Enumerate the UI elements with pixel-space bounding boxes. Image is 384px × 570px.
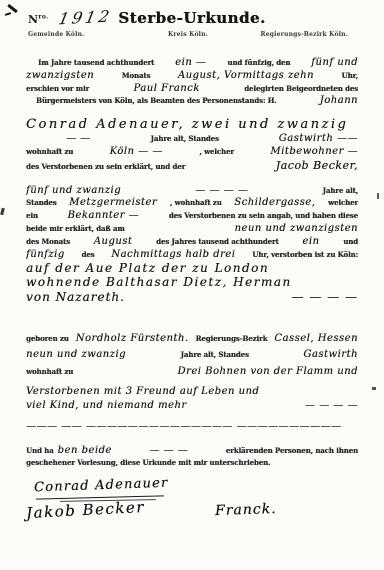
- printed-form-text: des: [81, 250, 94, 259]
- handwritten-entry: — —: [66, 133, 91, 144]
- text-line: erschien vor mirPaul Franckdelegirten Be…: [26, 83, 358, 94]
- handwritten-entry: fünfzig: [26, 249, 65, 260]
- handwritten-entry: Paul Franck: [133, 83, 199, 94]
- page-title: Sterbe-Urkunde.: [0, 9, 384, 27]
- handwritten-entry: Nachmittags halb drei: [111, 249, 235, 260]
- region-row: Gemeinde Köln. Kreis Köln. Regierungs-Be…: [0, 31, 384, 41]
- printed-form-text: Im Jahre tausend achthundert: [38, 58, 154, 67]
- text-line: StandesMetzgermeister, wohnhaft zuSchild…: [26, 197, 358, 208]
- text-line: von Nazareth.— — — —: [26, 290, 358, 304]
- scan-artifact: [0, 208, 5, 216]
- bezirk-label: Regierungs-Bezirk Köln.: [261, 31, 348, 38]
- handwritten-entry: Gastwirth ——: [279, 133, 358, 144]
- text-line: des Verstorbenen zu sein erklärt, und de…: [26, 159, 358, 172]
- gemeinde-label: Gemeinde Köln.: [28, 31, 84, 38]
- text-line: wohnhaft zuDrei Bohnen von der Flamm und: [26, 366, 358, 377]
- handwritten-entry: — — — —: [305, 400, 358, 411]
- text-line: Bürgermeisters von Köln, als Beamten des…: [26, 95, 358, 106]
- death-certificate-page: Nro. 1912 Sterbe-Urkunde. Gemeinde Köln.…: [0, 0, 384, 570]
- scan-artifact: [372, 387, 376, 390]
- text-line: — —Jahre alt, StandesGastwirth ——: [26, 133, 358, 144]
- handwritten-entry: Jacob Becker,: [276, 159, 358, 172]
- handwritten-entry: Verstorbenen mit 3 Freund auf Leben und: [26, 386, 259, 397]
- printed-form-text: ein: [26, 211, 38, 220]
- printed-form-text: welcher: [328, 198, 358, 207]
- printed-form-text: wohnhaft zu: [26, 367, 73, 376]
- printed-form-text: und: [343, 237, 358, 246]
- handwritten-entry: fünf und: [311, 57, 358, 68]
- printed-form-text: , welcher: [199, 147, 234, 156]
- handwritten-entry: Johann: [320, 95, 358, 106]
- text-line: wohnende Balthasar Dietz, Herman: [26, 275, 358, 289]
- printed-form-text: Und ha: [26, 446, 54, 455]
- handwritten-entry: Gastwirth: [303, 349, 358, 360]
- printed-form-text: erschien vor mir: [26, 84, 89, 93]
- kreis-label: Kreis Köln.: [168, 31, 208, 38]
- printed-form-text: und fünfzig, den: [227, 58, 290, 67]
- printed-form-text: Bürgermeisters von Köln, als Beamten des…: [36, 96, 277, 105]
- printed-form-text: wohnhaft zu: [26, 147, 73, 156]
- handwritten-entry: wohnende Balthasar Dietz, Herman: [26, 275, 292, 289]
- handwritten-entry: Schildergasse,: [234, 197, 315, 208]
- printed-form-text: des Monats: [26, 237, 70, 246]
- text-line: fünfzigdesNachmittags halb dreiUhr, vers…: [26, 249, 358, 260]
- handwritten-entry: von Nazareth.: [26, 290, 125, 304]
- handwritten-entry: viel Kind, und niemand mehr: [26, 400, 187, 411]
- text-line: fünf und zwanzig— — — —Jahre alt,: [26, 185, 358, 196]
- printed-form-text: delegirten Beigeordneten des: [244, 84, 358, 93]
- handwritten-entry: zwanzigsten: [26, 70, 94, 81]
- printed-form-text: Standes: [26, 198, 57, 207]
- handwritten-entry: Köln — —: [110, 146, 163, 157]
- text-line: geschehener Vorlesung, diese Urkunde mit…: [26, 458, 358, 467]
- printed-form-text: erklärenden Personen, nach ihnen: [226, 446, 358, 455]
- handwritten-entry: — — — —: [292, 290, 358, 304]
- text-line: Und haben beide— — —erklärenden Personen…: [26, 445, 358, 456]
- handwritten-entry: Metzgermeister: [69, 197, 157, 208]
- signature-conrad-adenauer: Conrad Adenauer: [34, 476, 169, 496]
- handwritten-entry: auf der Aue Platz der zu London: [26, 261, 269, 275]
- handwritten-entry: August, Vormittags zehn: [178, 70, 314, 81]
- handwritten-entry: August: [94, 236, 133, 247]
- text-line: zwanzigstenMonatsAugust, Vormittags zehn…: [26, 70, 358, 81]
- printed-form-text: Uhr,: [342, 71, 358, 80]
- printed-form-text: , wohnhaft zu: [170, 198, 222, 207]
- handwritten-entry: Bekannter —: [68, 210, 140, 221]
- scan-artifact: [377, 193, 379, 199]
- text-line: Im Jahre tausend achthundertein —und fün…: [26, 57, 358, 68]
- printed-form-text: geschehener Vorlesung, diese Urkunde mit…: [26, 458, 270, 467]
- handwritten-entry: ——— —— —————————————— ——————————: [26, 421, 342, 432]
- printed-form-text: geboren zu: [26, 334, 69, 343]
- text-line: des MonatsAugustdes Jahres tausend achth…: [26, 236, 358, 247]
- printed-form-text: Monats: [122, 71, 151, 80]
- text-line: Conrad Adenauer, zwei und zwanzig: [26, 117, 358, 132]
- handwritten-entry: ein —: [175, 57, 206, 68]
- printed-form-text: Jahre alt, Standes: [181, 350, 249, 359]
- text-line: einBekannter —des Verstorbenen zu sein a…: [26, 210, 358, 221]
- signature-jakob-becker: Jakob Becker: [26, 498, 146, 522]
- handwritten-entry: Nordholz Fürstenth.: [76, 333, 189, 344]
- handwritten-entry: Drei Bohnen von der Flamm und: [178, 366, 358, 377]
- signature-franck: Franck.: [215, 501, 277, 519]
- handwritten-entry: — — — —: [195, 185, 248, 196]
- handwritten-entry: fünf und zwanzig: [26, 185, 121, 196]
- handwritten-entry: Cassel, Hessen: [274, 333, 358, 344]
- text-line: beide mir erklärt, daß amneun und zwanzi…: [26, 223, 358, 234]
- text-line: auf der Aue Platz der zu London: [26, 261, 358, 275]
- handwritten-entry: ben beide: [58, 445, 112, 456]
- handwritten-entry: neun und zwanzig: [26, 349, 126, 360]
- printed-form-text: Uhr, verstorben ist zu Köln:: [252, 250, 358, 259]
- text-line: geboren zuNordholz Fürstenth.Regierungs-…: [26, 333, 358, 344]
- text-line: viel Kind, und niemand mehr— — — —: [26, 400, 358, 411]
- handwritten-entry: Mitbewohner —: [270, 146, 358, 157]
- printed-form-text: Regierungs-Bezirk: [196, 334, 268, 343]
- text-line: Verstorbenen mit 3 Freund auf Leben und: [26, 386, 358, 397]
- handwritten-entry: Conrad Adenauer, zwei und zwanzig: [26, 117, 348, 132]
- printed-form-text: Jahre alt, Standes: [151, 134, 219, 143]
- printed-form-text: des Jahres tausend achthundert: [156, 237, 279, 246]
- printed-form-text: des Verstorbenen zu sein erklärt, und de…: [26, 162, 185, 171]
- printed-form-text: des Verstorbenen zu sein angab, und habe…: [169, 211, 358, 220]
- handwritten-entry: neun und zwanzigsten: [235, 223, 359, 234]
- handwritten-entry: — — —: [116, 445, 222, 456]
- printed-form-text: beide mir erklärt, daß am: [26, 224, 125, 233]
- printed-form-text: Jahre alt,: [323, 186, 358, 195]
- handwritten-entry: ein: [302, 236, 319, 247]
- text-line: wohnhaft zuKöln — —, welcherMitbewohner …: [26, 146, 358, 157]
- text-line: neun und zwanzigJahre alt, StandesGastwi…: [26, 349, 358, 360]
- filler-rule: ——— —— —————————————— ——————————: [26, 421, 358, 432]
